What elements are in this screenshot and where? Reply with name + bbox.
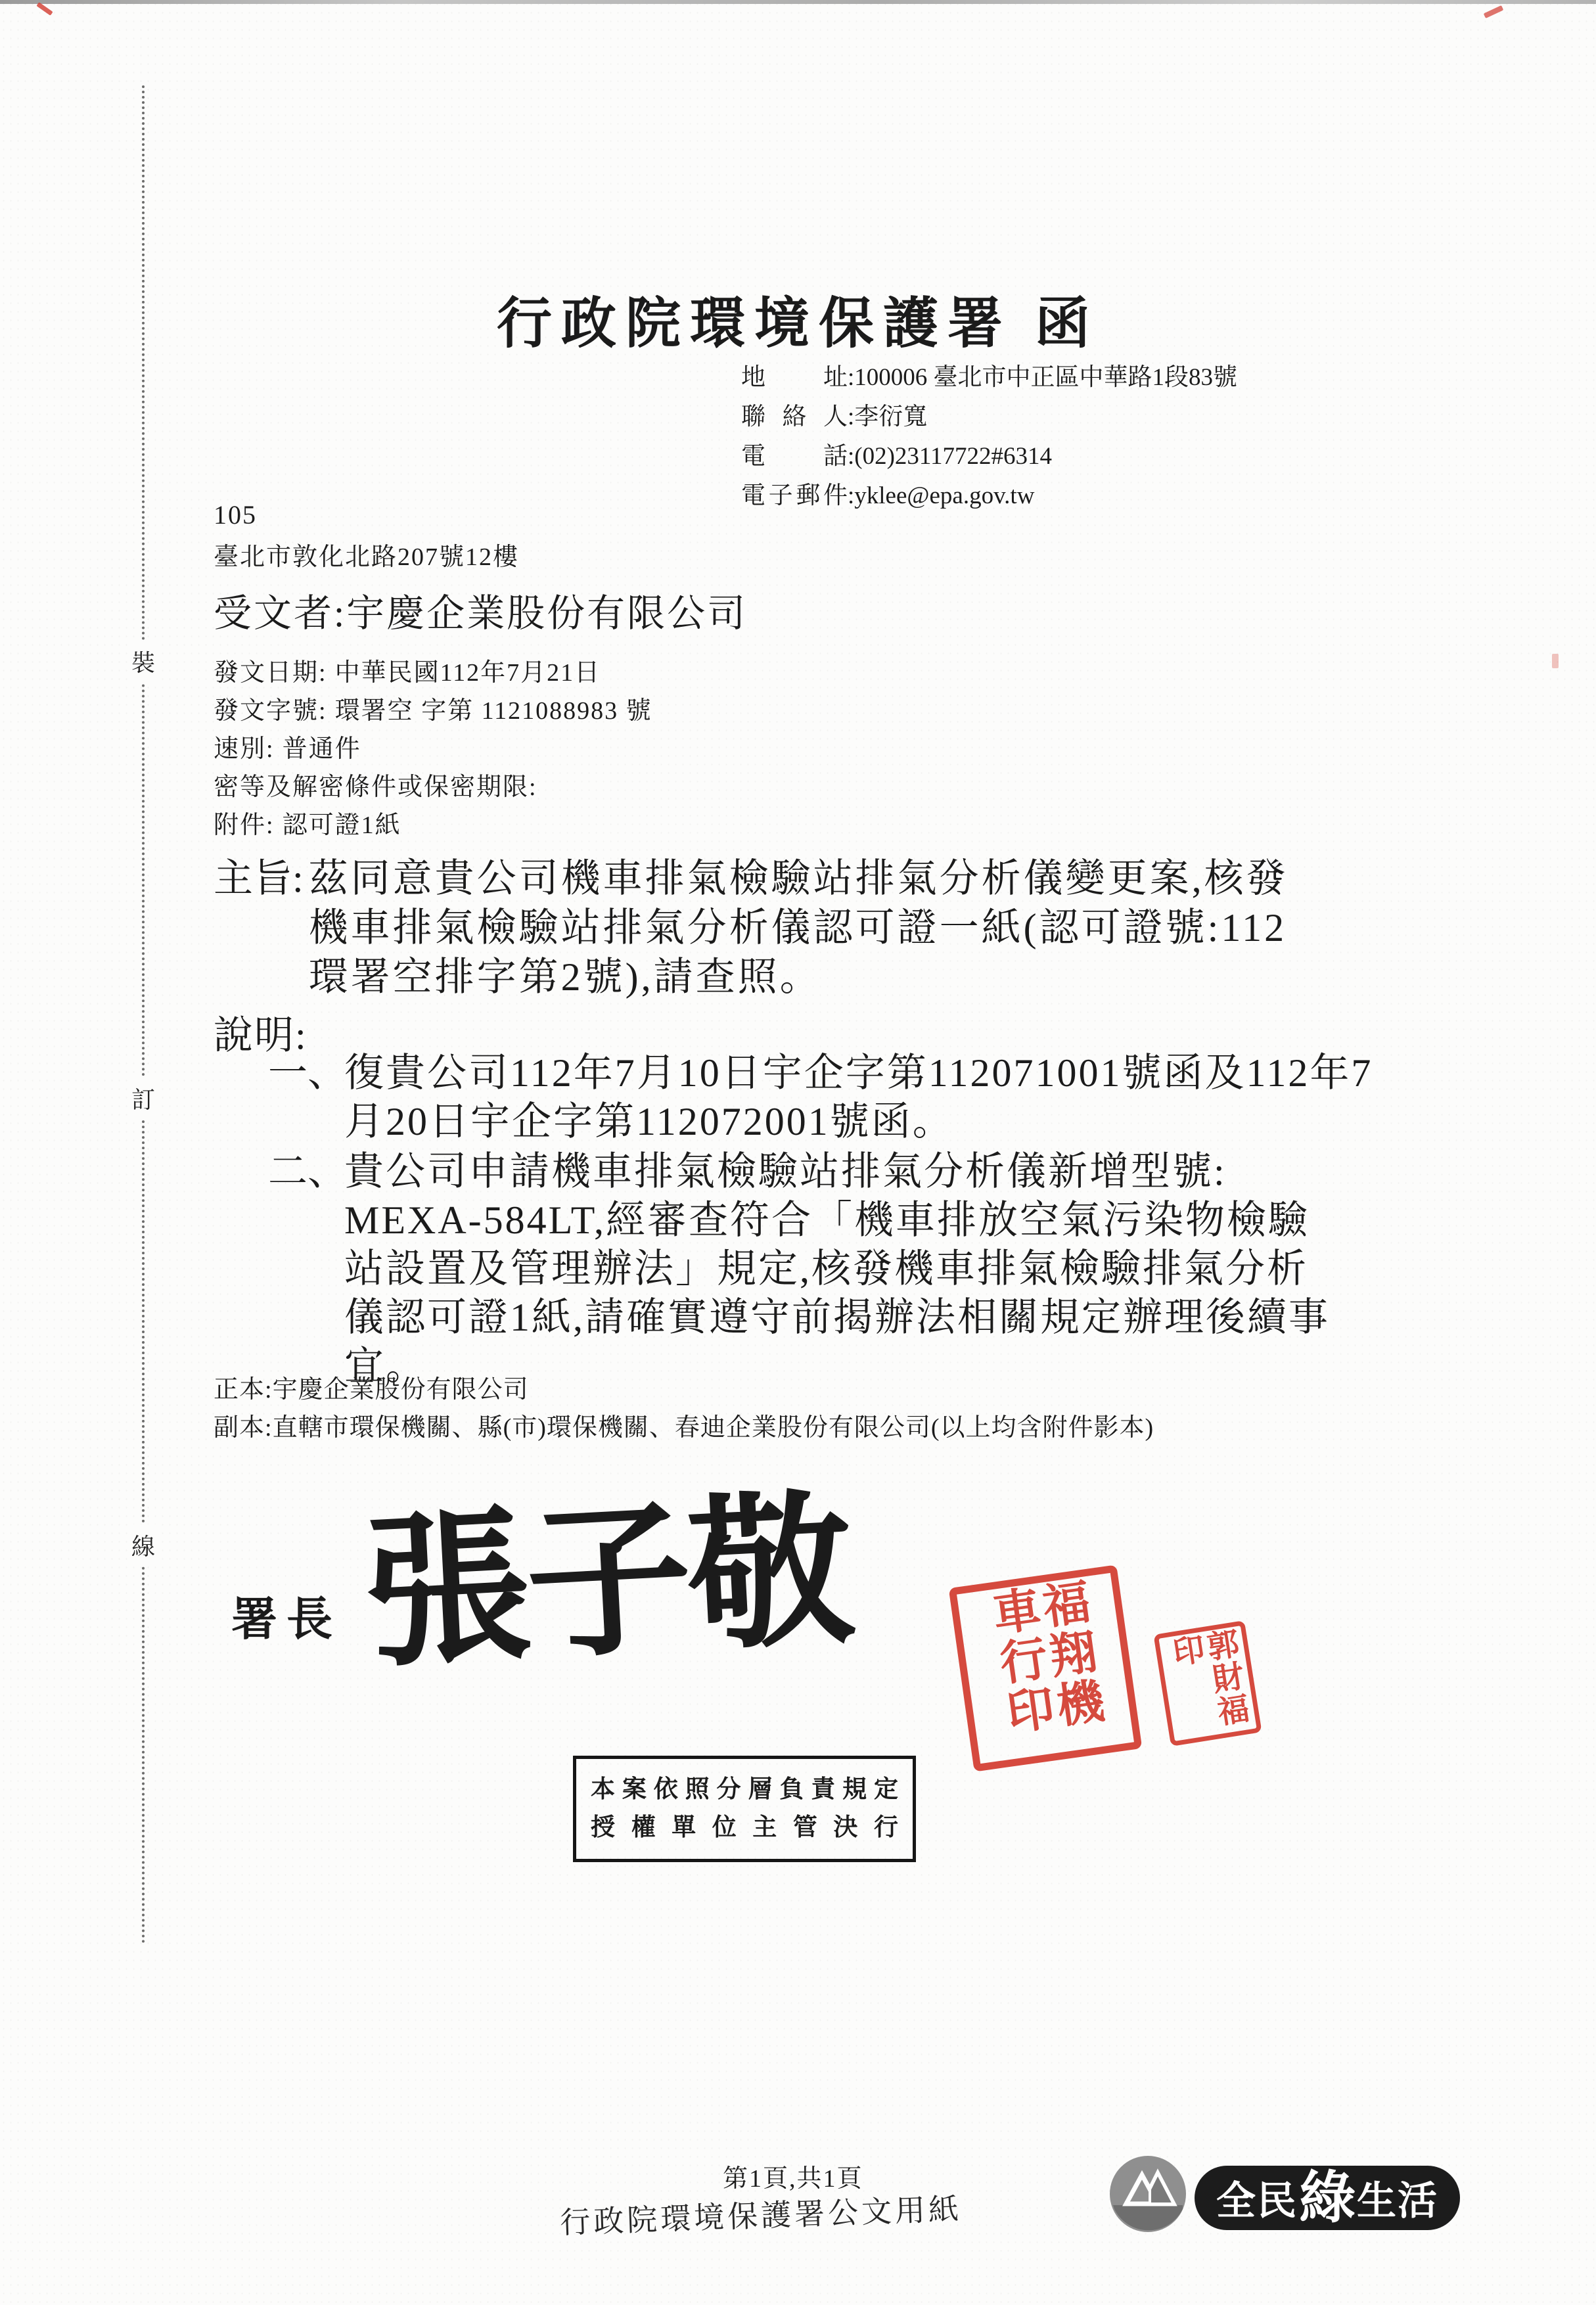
colon: : (848, 443, 854, 470)
item-number: 一、 (268, 1049, 344, 1146)
explanation-items: 一、 復貴公司112年7月10日宇企字第112071001號函及112年7 月2… (268, 1049, 1477, 1392)
colon: : (319, 697, 327, 725)
original-value: 宇慶企業股份有限公司 (273, 1376, 529, 1404)
meta-row-date: 發文日期:中華民國112年7月21日 (214, 654, 652, 692)
item-text: 復貴公司112年7月10日宇企字第112071001號函及112年7 月20日宇… (344, 1049, 1477, 1146)
item-text: 貴公司申請機車排氣檢驗站排氣分析儀新增型號: MEXA-584LT,經審查符合「… (344, 1147, 1477, 1390)
red-seal-large: 福翔機車行印 (949, 1564, 1143, 1771)
email-label: 電子郵件 (741, 476, 848, 516)
official-paper-name: 行政院環境保護署公文用紙 (559, 2185, 963, 2242)
subject-block: 主旨: 茲同意貴公司機車排氣檢驗站排氣分析儀變更案,核發 機車排氣檢驗站排氣分析… (214, 854, 1403, 1002)
recipient-label: 受文者 (214, 592, 334, 635)
meta-row-number: 發文字號:環署空 字第 1121088983 號 (214, 692, 652, 730)
colon: : (266, 811, 275, 839)
address-label: 地址 (741, 358, 848, 398)
scan-artifact (1484, 5, 1504, 18)
cc-copy-line: 副本:直轄市環保機關、縣(市)環保機關、春迪企業股份有限公司(以上均含附件影本) (214, 1409, 1154, 1447)
item-number: 二、 (268, 1147, 344, 1390)
colon: : (848, 403, 854, 430)
binding-mark-zhuang: 裝 (127, 641, 159, 682)
contact-person-value: 李衍寬 (854, 403, 927, 430)
phone-label: 電話 (741, 437, 848, 476)
colon: : (266, 735, 275, 763)
colon: : (292, 854, 304, 1002)
cc-value: 直轄市環保機關、縣(市)環保機關、春迪企業股份有限公司(以上均含附件影本) (273, 1414, 1154, 1442)
address-value: 100006 臺北市中正區中華路1段83號 (854, 364, 1237, 391)
binding-mark-xian: 線 (127, 1524, 159, 1566)
agency-contact-block: 地址:100006 臺北市中正區中華路1段83號 聯絡人:李衍寬 電話:(02)… (741, 358, 1237, 516)
meta-row-secrecy: 密等及解密條件或保密期限: (214, 768, 652, 806)
colon: : (265, 1414, 273, 1442)
doc-number-label: 發文字號 (214, 697, 319, 725)
scanned-official-letter: 裝 訂 線 行政院環境保護署 函 地址:100006 臺北市中正區中華路1段83… (0, 0, 1596, 2305)
green-life-badge: 全民 綠 生活 (1195, 2166, 1460, 2230)
explanation-item-2: 二、 貴公司申請機車排氣檢驗站排氣分析儀新增型號: MEXA-584LT,經審查… (268, 1147, 1477, 1390)
copies-block: 正本:宇慶企業股份有限公司 副本:直轄市環保機關、縣(市)環保機關、春迪企業股份… (214, 1371, 1154, 1447)
doc-number-value: 環署空 字第 1121088983 號 (335, 697, 652, 725)
badge-text-left: 全民 (1216, 2170, 1298, 2226)
document-meta-block: 發文日期:中華民國112年7月21日 發文字號:環署空 字第 112108898… (214, 654, 652, 844)
scan-edge-artifact (0, 0, 1596, 4)
contact-row-phone: 電話:(02)23117722#6314 (741, 437, 1237, 476)
epa-logo-icon (1108, 2154, 1188, 2234)
administrator-title: 署長 (231, 1582, 342, 1649)
contact-row-email: 電子郵件:yklee@epa.gov.tw (741, 476, 1237, 516)
colon: : (265, 1376, 273, 1404)
contact-row-person: 聯絡人:李衍寬 (741, 398, 1237, 437)
explanation-item-1: 一、 復貴公司112年7月10日宇企字第112071001號函及112年7 月2… (268, 1049, 1477, 1146)
meta-row-speed: 速別:普通件 (214, 730, 652, 768)
subject-text: 茲同意貴公司機車排氣檢驗站排氣分析儀變更案,核發 機車排氣檢驗站排氣分析儀認可證… (309, 854, 1403, 1002)
issue-date-label: 發文日期 (214, 659, 319, 687)
issue-date-value: 中華民國112年7月21日 (335, 659, 601, 687)
colon: : (334, 592, 346, 635)
binding-mark-ding: 訂 (127, 1078, 159, 1119)
scan-artifact (1552, 654, 1559, 668)
colon: : (848, 364, 854, 391)
recipient-line: 受文者:宇慶企業股份有限公司 (214, 582, 747, 637)
authorization-line-2: 授權單位主管決行 (591, 1809, 898, 1847)
authorization-line-1: 本案依照分層負責規定 (591, 1771, 898, 1809)
binding-dotted-line (142, 85, 145, 1945)
recipient-zipcode: 105 (214, 499, 257, 530)
badge-text-middle: 綠 (1299, 2152, 1356, 2233)
colon: : (319, 659, 327, 687)
meta-row-attachment: 附件:認可證1紙 (214, 806, 652, 844)
cc-label: 副本 (214, 1414, 265, 1442)
email-value: yklee@epa.gov.tw (854, 482, 1034, 509)
speed-value: 普通件 (283, 735, 361, 763)
colon: : (529, 773, 537, 801)
contact-row-address: 地址:100006 臺北市中正區中華路1段83號 (741, 358, 1237, 398)
scan-artifact (36, 2, 53, 16)
phone-value: (02)23117722#6314 (854, 443, 1052, 470)
subject-label: 主旨 (214, 854, 292, 1002)
authorization-box: 本案依照分層負責規定 授權單位主管決行 (573, 1756, 916, 1862)
red-seal-small: 郭財福印 (1153, 1620, 1262, 1746)
original-label: 正本 (214, 1376, 265, 1404)
badge-text-right: 生活 (1357, 2170, 1438, 2226)
secrecy-label: 密等及解密條件或保密期限 (214, 773, 529, 801)
recipient-name: 宇慶企業股份有限公司 (346, 592, 747, 635)
speed-label: 速別 (214, 735, 266, 763)
attachment-value: 認可證1紙 (283, 811, 401, 839)
original-copy-line: 正本:宇慶企業股份有限公司 (214, 1371, 1154, 1409)
administrator-signature: 張子敬 (358, 1436, 855, 1699)
recipient-street: 臺北市敦化北路207號12樓 (214, 536, 519, 572)
letter-title: 行政院環境保護署 函 (0, 279, 1596, 359)
contact-person-label: 聯絡人 (741, 398, 848, 437)
colon: : (848, 482, 854, 509)
attachment-label: 附件 (214, 811, 266, 839)
